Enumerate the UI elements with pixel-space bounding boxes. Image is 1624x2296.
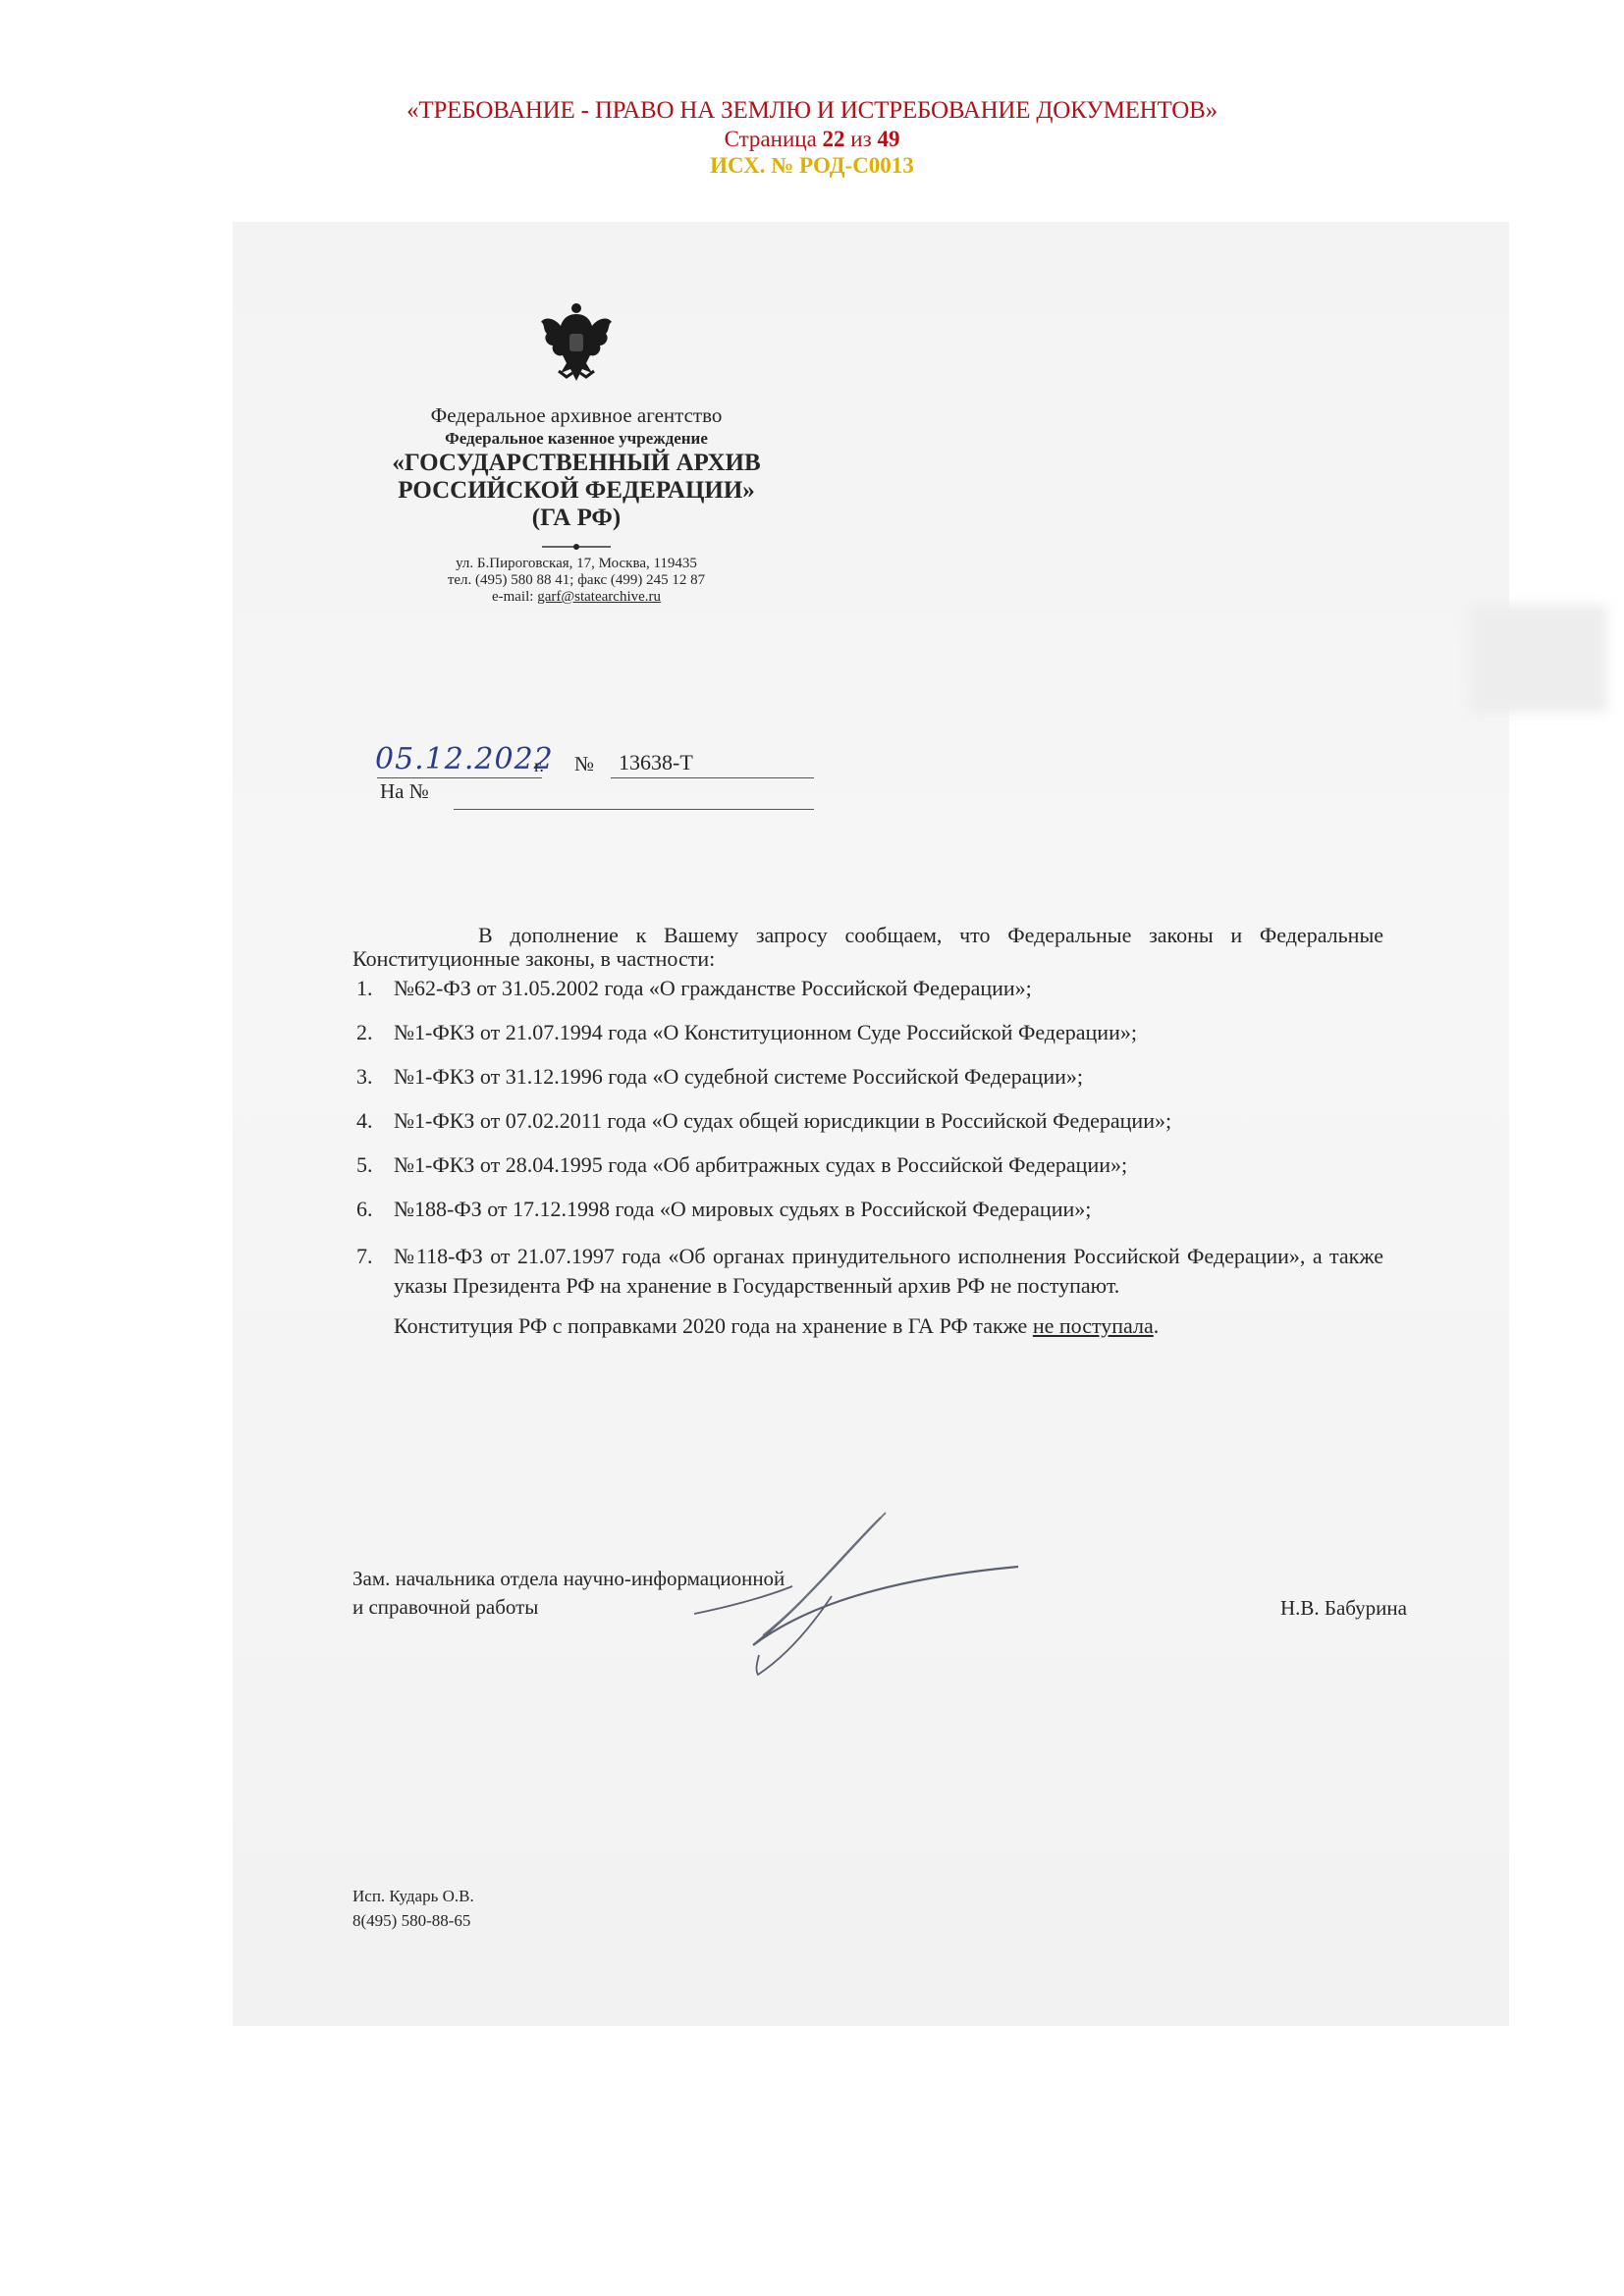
list-item: 5.№1-ФКЗ от 28.04.1995 года «Об арбитраж… — [352, 1153, 1383, 1177]
scanned-letter: Федеральное архивное агентство Федеральн… — [233, 222, 1509, 2026]
in-reply-underline — [454, 809, 814, 810]
number-label: № — [574, 752, 594, 776]
page-counter: Страница 22 из 49 — [0, 126, 1624, 152]
executor-phone: 8(495) 580-88-65 — [352, 1908, 474, 1933]
in-reply-label: На № — [380, 779, 429, 804]
intro-paragraph: В дополнение к Вашему запросу сообщаем, … — [352, 924, 1383, 971]
ornament-divider-icon — [532, 542, 621, 552]
page-header: «ТРЕБОВАНИЕ - ПРАВО НА ЗЕМЛЮ И ИСТРЕБОВА… — [0, 96, 1624, 180]
phone-fax: тел. (495) 580 88 41; факс (499) 245 12 … — [370, 572, 783, 589]
closing-paragraph: Конституция РФ с поправками 2020 года на… — [352, 1314, 1383, 1338]
date-underline — [377, 777, 542, 778]
page-of: из — [850, 127, 871, 151]
handwritten-signature-icon — [694, 1488, 1048, 1684]
list-item: 3.№1-ФКЗ от 31.12.1996 года «О судебной … — [352, 1065, 1383, 1089]
coat-of-arms-icon — [537, 300, 616, 389]
list-item: 4.№1-ФКЗ от 07.02.2011 года «О судах общ… — [352, 1109, 1383, 1133]
page-total: 49 — [877, 127, 899, 151]
list-item: 2.№1-ФКЗ от 21.07.1994 года «О Конституц… — [352, 1021, 1383, 1044]
year-suffix: г. — [534, 756, 544, 776]
signatory-name: Н.В. Бабурина — [1280, 1596, 1407, 1621]
registration-block: 05.12.2022 г. № 13638-Т На № — [375, 742, 846, 801]
handwritten-date: 05.12.2022 — [375, 742, 554, 776]
letterhead: Федеральное архивное агентство Федеральн… — [370, 300, 783, 606]
email-line: e-mail: garf@statearchive.ru — [370, 589, 783, 606]
list-item: 1.№62-ФЗ от 31.05.2002 года «О гражданст… — [352, 977, 1383, 1000]
address: ул. Б.Пироговская, 17, Москва, 119435 — [370, 556, 783, 572]
document-title: «ТРЕБОВАНИЕ - ПРАВО НА ЗЕМЛЮ И ИСТРЕБОВА… — [0, 96, 1624, 126]
page-current: 22 — [823, 127, 845, 151]
outgoing-reference: ИСХ. № РОД-С0013 — [0, 152, 1624, 180]
letter-body: В дополнение к Вашему запросу сообщаем, … — [352, 924, 1383, 1338]
archive-name-line1: «ГОСУДАРСТВЕННЫЙ АРХИВ — [370, 450, 783, 477]
email-label: e-mail: — [492, 589, 537, 605]
scan-artifact — [1470, 605, 1607, 713]
institution-type: Федеральное казенное учреждение — [370, 428, 783, 450]
agency-name: Федеральное архивное агентство — [370, 402, 783, 428]
executor-block: Исп. Кударь О.В. 8(495) 580-88-65 — [352, 1884, 474, 1933]
archive-abbr: (ГА РФ) — [370, 505, 783, 532]
archive-name-line2: РОССИЙСКОЙ ФЕДЕРАЦИИ» — [370, 477, 783, 505]
page-label: Страница — [725, 127, 817, 151]
executor-name: Исп. Кударь О.В. — [352, 1884, 474, 1908]
list-item: 7.№118-ФЗ от 21.07.1997 года «Об органах… — [352, 1242, 1383, 1301]
laws-list: 1.№62-ФЗ от 31.05.2002 года «О гражданст… — [352, 977, 1383, 1301]
outgoing-number: 13638-Т — [619, 750, 693, 775]
list-item: 6.№188-ФЗ от 17.12.1998 года «О мировых … — [352, 1198, 1383, 1221]
number-underline — [611, 777, 814, 778]
email-link[interactable]: garf@statearchive.ru — [537, 589, 661, 605]
not-received-underlined: не поступала — [1033, 1313, 1154, 1338]
